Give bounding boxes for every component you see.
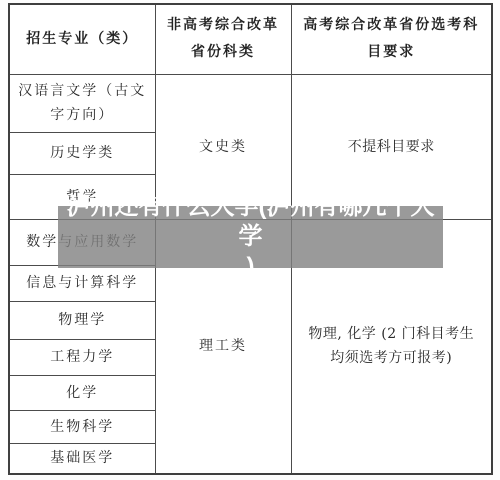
major-cell: 汉语言文学（古文 字方向）	[9, 74, 155, 132]
table-header-row: 招生专业（类） 非高考综合改革 省份科类 高考综合改革省份选考科 目要求	[9, 4, 492, 74]
major-cell: 基础医学	[9, 443, 155, 474]
watermark-title: 泸州还有什么大学(泸州有哪几个大学 )	[58, 192, 443, 282]
major-cell: 生物科学	[9, 410, 155, 443]
header-cell-major-category: 招生专业（类）	[9, 4, 155, 74]
major-cell: 物理学	[9, 301, 155, 339]
major-cell: 历史学类	[9, 132, 155, 174]
table-row: 汉语言文学（古文 字方向） 文史类 不提科目要求	[9, 74, 492, 132]
major-cell: 化学	[9, 375, 155, 410]
watermark-overlay: 泸州还有什么大学(泸州有哪几个大学 )	[58, 206, 443, 268]
major-cell: 工程力学	[9, 339, 155, 375]
header-cell-non-reform-track: 非高考综合改革 省份科类	[155, 4, 291, 74]
article-image: 招生专业（类） 非高考综合改革 省份科类 高考综合改革省份选考科 目要求 汉语言…	[0, 0, 500, 480]
header-cell-reform-subject-requirements: 高考综合改革省份选考科 目要求	[291, 4, 492, 74]
